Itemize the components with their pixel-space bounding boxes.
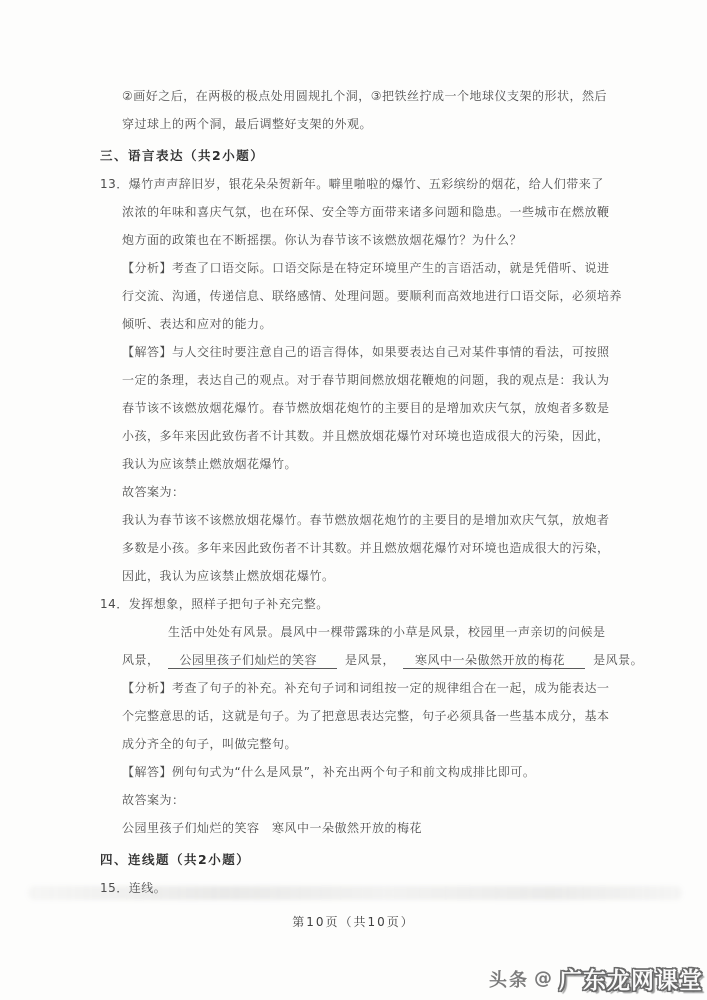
- analysis-line: 【分析】考查了口语交际。口语交际是在特定环境里产生的言语活动，就是凭借听、说进: [100, 254, 620, 282]
- final-answer-line: 多数是小孩。多年来因此致伤者不计其数。并且燃放烟花爆竹对环境也造成很大的污染，: [100, 534, 620, 562]
- watermark: 头条 @ 广东龙网课堂: [489, 962, 703, 995]
- watermark-at-symbol: @: [534, 968, 554, 989]
- blank-answer-2: 寒风中一朵傲然开放的梅花: [403, 653, 585, 669]
- question-13-line: 浓浓的年味和喜庆气氛，也在环保、安全等方面带来诸多问题和隐患。一些城市在燃放鞭: [100, 198, 620, 226]
- document-content: ②画好之后，在两极的极点处用圆规扎个洞，③把铁丝拧成一个地球仪支架的形状，然后 …: [100, 82, 620, 902]
- watermark-brand: 广东龙网课堂: [559, 962, 703, 995]
- solution-line: 【解答】例句句式为“什么是风景”，补充出两个句子和前文构成排比即可。: [100, 758, 620, 786]
- answer-label: 故答案为：: [100, 478, 620, 506]
- analysis-line: 行交流、沟通，传递信息、联络感情、处理问题。要顺利而高效地进行口语交际，必须培养: [100, 282, 620, 310]
- solution-line: 我认为应该禁止燃放烟花爆竹。: [100, 450, 620, 478]
- analysis-line: 个完整意思的话，这就是句子。为了把意思表达完整，句子必须具备一些基本成分，基本: [100, 702, 620, 730]
- analysis-line: 倾听、表达和应对的能力。: [100, 310, 620, 338]
- blank-answer-1: 公园里孩子们灿烂的笑容: [168, 653, 338, 669]
- section-heading-language-expression: 三、语言表达（共2小题）: [100, 142, 620, 170]
- answer-label: 故答案为：: [100, 786, 620, 814]
- final-answer-line: 我认为春节该不该燃放烟花爆竹。春节燃放烟花炮竹的主要目的是增加欢庆气氛，放炮者: [100, 506, 620, 534]
- section-heading-matching: 四、连线题（共2小题）: [100, 846, 620, 874]
- fill-lead-text: 风景，: [122, 653, 160, 667]
- footer-page-number: 第10页（共10页）: [0, 913, 707, 930]
- text-line: 穿过球上的两个洞，最后调整好支架的外观。: [100, 110, 620, 138]
- final-answer-line: 因此，我认为应该禁止燃放烟花爆竹。: [100, 562, 620, 590]
- solution-line: 春节该不该燃放烟花爆竹。春节燃放烟花炮竹的主要目的是增加欢庆气氛，放炮者多数是: [100, 394, 620, 422]
- question-14-prompt: 14．发挥想象，照样子把句子补充完整。: [100, 590, 620, 618]
- final-answer-line: 公园里孩子们灿烂的笑容 寒风中一朵傲然开放的梅花: [100, 814, 620, 842]
- watermark-prefix: 头条: [489, 966, 529, 992]
- solution-line: 小孩，多年来因此致伤者不计其数。并且燃放烟花爆竹对环境也造成很大的污染，因此，: [100, 422, 620, 450]
- question-13-line: 13．爆竹声声辞旧岁，银花朵朵贺新年。噼里啪啦的爆竹、五彩缤纷的烟花，给人们带来…: [100, 170, 620, 198]
- solution-line: 【解答】与人交往时要注意自己的语言得体，如果要表达自己对某件事情的看法，可按照: [100, 338, 620, 366]
- analysis-line: 【分析】考查了句子的补充。补充句子词和词组按一定的规律组合在一起，成为能表达一: [100, 674, 620, 702]
- question-13-line: 炮方面的政策也在不断摇摆。你认为春节该不该燃放烟花爆竹？为什么？: [100, 226, 620, 254]
- scanned-exam-page: ②画好之后，在两极的极点处用圆规扎个洞，③把铁丝拧成一个地球仪支架的形状，然后 …: [0, 0, 707, 1000]
- fill-tail-text: 是风景。: [593, 653, 643, 667]
- fill-in-line: 风景，公园里孩子们灿烂的笑容是风景，寒风中一朵傲然开放的梅花是风景。: [100, 646, 620, 674]
- text-line: ②画好之后，在两极的极点处用圆规扎个洞，③把铁丝拧成一个地球仪支架的形状，然后: [100, 82, 620, 110]
- analysis-line: 成分齐全的句子，叫做完整句。: [100, 730, 620, 758]
- fill-mid-text: 是风景，: [345, 653, 395, 667]
- scan-artifact-band: [28, 886, 682, 900]
- example-sentence-line: 生活中处处有风景。晨风中一棵带露珠的小草是风景，校园里一声亲切的问候是: [100, 618, 620, 646]
- solution-line: 一定的条理，表达自己的观点。对于春节期间燃放烟花鞭炮的问题，我的观点是：我认为: [100, 366, 620, 394]
